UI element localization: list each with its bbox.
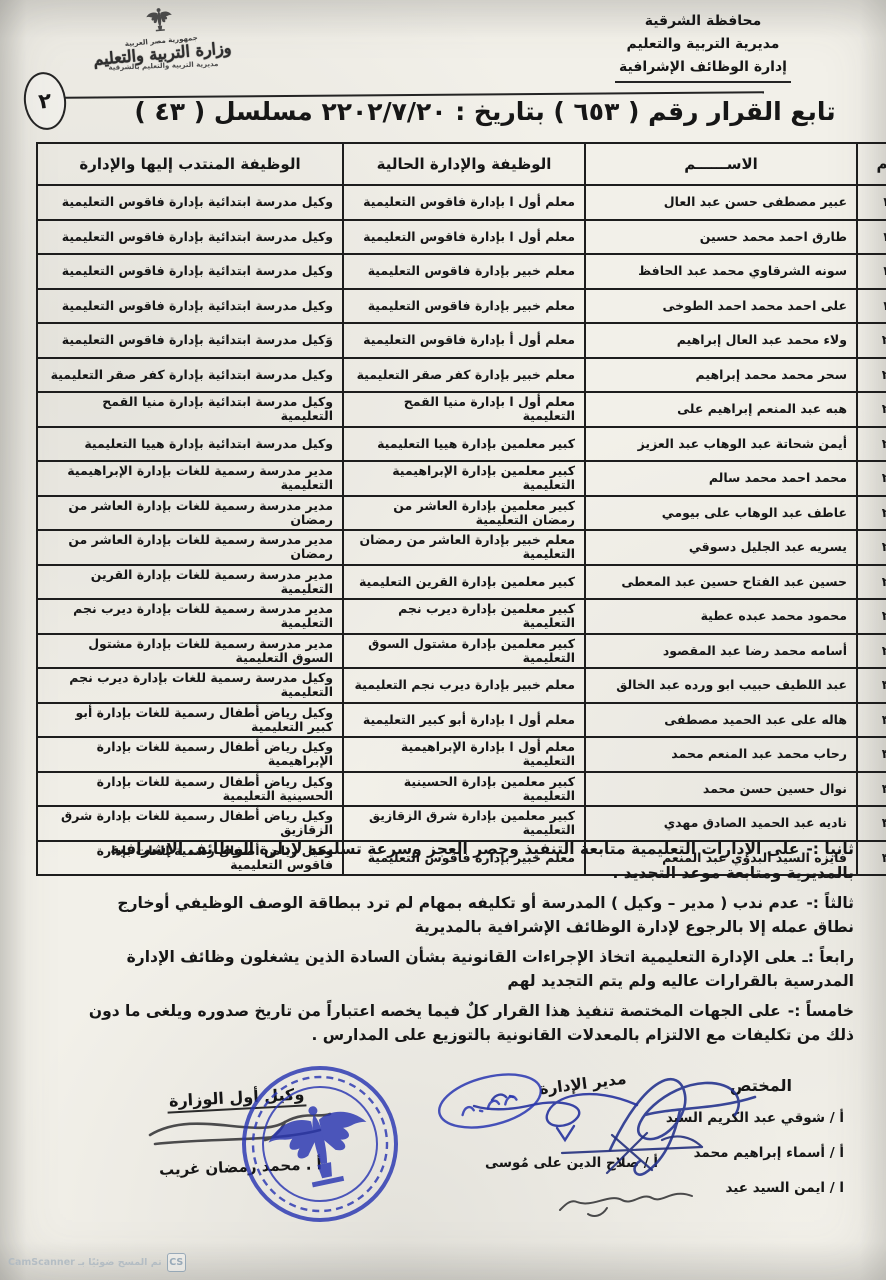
- table-row: ٢٩أسامه محمد رضا عبد المقصودكبير معلمين …: [37, 634, 886, 669]
- table-row: ٢٣أيمن شحاتة عبد الوهاب عبد العزيزكبير م…: [37, 427, 886, 462]
- table-row: ١٩على احمد محمد احمد الطوخىمعلم خبير بإد…: [37, 289, 886, 324]
- table-row: ٢١سحر محمد محمد إبراهيممعلم خبير بإدارة …: [37, 358, 886, 393]
- cell-destination: وكيل رياض أطفال رسمية للغات بإدارة شرق ا…: [37, 806, 343, 841]
- letterhead: محافظة الشرقية مديرية التربية والتعليم إ…: [608, 10, 798, 83]
- cell-destination: وَكيل مدرسة ابتدائية بإدارة فاقوس التعلي…: [37, 323, 343, 358]
- cell-current: معلم أول ا بإدارة الإبراهيمية التعليمية: [343, 737, 585, 772]
- cell-current: معلم أول ا بإدارة أبو كبير التعليمية: [343, 703, 585, 738]
- cell-destination: مدير مدرسة رسمية للغات بإدارة ديرب نجم ا…: [37, 599, 343, 634]
- cell-no: ٣٢: [857, 737, 886, 772]
- camscanner-logo-icon: CS: [167, 1253, 186, 1272]
- cell-destination: وكيل مدرسة ابتدائية بإدارة هييا التعليمي…: [37, 427, 343, 462]
- cell-no: ٢٤: [857, 461, 886, 496]
- table-row: ٢٧حسين عبد الفتاح حسين عبد المعطىكبير مع…: [37, 565, 886, 600]
- col-header-current-job: الوظيفة والإدارة الحالية: [343, 143, 585, 185]
- table-row: ٢٢هبه عبد المنعم إبراهيم علىمعلم أول ا ب…: [37, 392, 886, 427]
- note-label: ثانيا :-: [806, 840, 854, 858]
- cell-no: ٢٨: [857, 599, 886, 634]
- cell-destination: وكيل رياض أطفال رسمية للغات بإدارة الحسي…: [37, 772, 343, 807]
- cell-destination: وكيل مدرسة ابتدائية بإدارة كفر صقر التعل…: [37, 358, 343, 393]
- note-item: ثانيا :-على الإدارات التعليمية متابعة ال…: [28, 838, 854, 885]
- cell-no: ٢٢: [857, 392, 886, 427]
- cell-current: معلم أول ا بإدارة فاقوس التعليمية: [343, 185, 585, 220]
- cell-name: يسريه عبد الجليل دسوقي: [585, 530, 857, 565]
- cell-destination: مدير مدرسة رسمية للغات بإدارة القرين الت…: [37, 565, 343, 600]
- cell-current: معلم أول ا بإدارة فاقوس التعليمية: [343, 220, 585, 255]
- cell-name: على احمد محمد احمد الطوخى: [585, 289, 857, 324]
- decision-table: م الاســــــم الوظيفة والإدارة الحالية ا…: [36, 142, 886, 876]
- cell-name: سونه الشرقاوي محمد عبد الحافظ: [585, 254, 857, 289]
- cell-no: ٢٦: [857, 530, 886, 565]
- table-row: ٣٣نوال حسين حسن محمدكبير معلمين بإدارة ا…: [37, 772, 886, 807]
- cell-destination: وكيل مدرسة ابتدائية بإدارة فاقوس التعليم…: [37, 220, 343, 255]
- cell-no: ٢٧: [857, 565, 886, 600]
- cell-current: معلم خبير بإدارة العاشر من رمضان التعليم…: [343, 530, 585, 565]
- note-item: ثالثاً :-عدم ندب ( مدير – وكيل ) المدرسة…: [28, 892, 854, 939]
- cell-destination: وكيل مدرسة رسمية للغات بإدارة ديرب نجم ا…: [37, 668, 343, 703]
- cell-name: ولاء محمد عبد العال إبراهيم: [585, 323, 857, 358]
- cell-no: ٣٥: [857, 841, 886, 876]
- cell-name: هاله على عبد الحميد مصطفى: [585, 703, 857, 738]
- letterhead-directorate: مديرية التربية والتعليم: [608, 33, 798, 56]
- cell-name: عبير مصطفى حسن عبد العال: [585, 185, 857, 220]
- cell-current: كبير معلمين بإدارة ديرب نجم التعليمية: [343, 599, 585, 634]
- cell-current: كبير معلمين بإدارة القرين التعليمية: [343, 565, 585, 600]
- cell-no: ٣١: [857, 703, 886, 738]
- cell-current: معلم أول أ بإدارة فاقوس التعليمية: [343, 323, 585, 358]
- cell-name: حسين عبد الفتاح حسين عبد المعطى: [585, 565, 857, 600]
- col-header-destination: الوظيفة المنتدب إليها والإدارة: [37, 143, 343, 185]
- note-item: خامساً :-على الجهات المختصة تنفيذ هذا ال…: [28, 1000, 854, 1047]
- note-label: رابعاً :ـ: [802, 948, 854, 966]
- col-header-name: الاســــــم: [585, 143, 857, 185]
- cell-current: معلم خبير بإدارة فاقوس التعليمية: [343, 254, 585, 289]
- cell-current: كبير معلمين بإدارة مشتول السوق التعليمية: [343, 634, 585, 669]
- cell-no: ٣٤: [857, 806, 886, 841]
- cell-current: كبير معلمين بإدارة شرق الزقازيق التعليمي…: [343, 806, 585, 841]
- official-round-stamp-eagle-icon: [216, 1040, 425, 1249]
- table-row: ٣٤ناديه عبد الحميد الصادق مهديكبير معلمي…: [37, 806, 886, 841]
- cell-destination: وكيل مدرسة ابتدائية بإدارة منيا القمح ال…: [37, 392, 343, 427]
- cell-name: عاطف عبد الوهاب على بيومي: [585, 496, 857, 531]
- cell-name: محمود محمد عبده عطية: [585, 599, 857, 634]
- cell-current: معلم خبير بإدارة فاقوس التعليمية: [343, 289, 585, 324]
- cell-current: معلم أول ا بإدارة منيا القمح التعليمية: [343, 392, 585, 427]
- cell-no: ٢٥: [857, 496, 886, 531]
- table-row: ٣٢رحاب محمد عبد المنعم محمدمعلم أول ا بإ…: [37, 737, 886, 772]
- cell-no: ١٨: [857, 254, 886, 289]
- col-header-no: م: [857, 143, 886, 185]
- cell-current: كبير معلمين بإدارة هييا التعليمية: [343, 427, 585, 462]
- letterhead-governorate: محافظة الشرقية: [608, 10, 798, 33]
- decision-table-body: ١٦عبير مصطفى حسن عبد العالمعلم أول ا بإد…: [37, 185, 886, 875]
- cell-name: طارق احمد محمد حسين: [585, 220, 857, 255]
- cell-destination: وكيل مدرسة ابتدائية بإدارة فاقوس التعليم…: [37, 254, 343, 289]
- cell-current: معلم خبير بإدارة ديرب نجم التعليمية: [343, 668, 585, 703]
- table-header-row: م الاســــــم الوظيفة والإدارة الحالية ا…: [37, 143, 886, 185]
- cell-name: ناديه عبد الحميد الصادق مهدي: [585, 806, 857, 841]
- table-row: ١٨سونه الشرقاوي محمد عبد الحافظمعلم خبير…: [37, 254, 886, 289]
- cell-name: أسامه محمد رضا عبد المقصود: [585, 634, 857, 669]
- signature-ayman-scrawl: [552, 1178, 702, 1226]
- cell-destination: وكيل مدرسة ابتدائية بإدارة فاقوس التعليم…: [37, 185, 343, 220]
- table-row: ٢٥عاطف عبد الوهاب على بيوميكبير معلمين ب…: [37, 496, 886, 531]
- cell-destination: مدير مدرسة رسمية للغات بإدارة العاشر من …: [37, 496, 343, 531]
- eagle-icon: [143, 5, 175, 34]
- table-row: ٢٨محمود محمد عبده عطيةكبير معلمين بإدارة…: [37, 599, 886, 634]
- cell-no: ٢٣: [857, 427, 886, 462]
- table-row: ٢٠ولاء محمد عبد العال إبراهيممعلم أول أ …: [37, 323, 886, 358]
- cell-current: كبير معلمين بإدارة الحسينية التعليمية: [343, 772, 585, 807]
- letterhead-administration: إدارة الوظائف الإشرافية: [615, 56, 791, 83]
- cell-name: محمد احمد محمد سالم: [585, 461, 857, 496]
- cell-name: سحر محمد محمد إبراهيم: [585, 358, 857, 393]
- cell-no: ١٩: [857, 289, 886, 324]
- cell-current: كبير معلمين بإدارة الإبراهيمية التعليمية: [343, 461, 585, 496]
- camscanner-watermark: CS تم المسح ضوئيًا بـ CamScanner: [8, 1253, 186, 1272]
- scanned-document-page: جمهورية مصر العربية وزارة التربية والتعل…: [0, 0, 886, 1280]
- note-label: خامساً :-: [788, 1002, 854, 1020]
- note-text: على الإدارة التعليمية اتخاذ الإجراءات ال…: [127, 948, 854, 990]
- table-row: ٢٤محمد احمد محمد سالمكبير معلمين بإدارة …: [37, 461, 886, 496]
- cell-no: ٣٠: [857, 668, 886, 703]
- cell-destination: وكيل مدرسة ابتدائية بإدارة فاقوس التعليم…: [37, 289, 343, 324]
- table-row: ١٦عبير مصطفى حسن عبد العالمعلم أول ا بإد…: [37, 185, 886, 220]
- note-text: على الإدارات التعليمية متابعة التنفيذ وح…: [110, 840, 854, 882]
- cell-destination: مدير مدرسة رسمية للغات بإدارة العاشر من …: [37, 530, 343, 565]
- cell-destination: مدير مدرسة رسمية للغات بإدارة مشتول السو…: [37, 634, 343, 669]
- cell-name: عبد اللطيف حبيب ابو ورده عبد الخالق: [585, 668, 857, 703]
- cell-no: ١٦: [857, 185, 886, 220]
- cell-no: ٢٠: [857, 323, 886, 358]
- note-item: رابعاً :ـعلى الإدارة التعليمية اتخاذ الإ…: [28, 946, 854, 993]
- cell-current: كبير معلمين بإدارة العاشر من رمضان التعل…: [343, 496, 585, 531]
- note-text: عدم ندب ( مدير – وكيل ) المدرسة أو تكليف…: [117, 894, 854, 936]
- camscanner-text: تم المسح ضوئيًا بـ CamScanner: [8, 1257, 162, 1268]
- cell-name: رحاب محمد عبد المنعم محمد: [585, 737, 857, 772]
- table-row: ١٧طارق احمد محمد حسينمعلم أول ا بإدارة ف…: [37, 220, 886, 255]
- cell-destination: مدير مدرسة رسمية للغات بإدارة الإبراهيمي…: [37, 461, 343, 496]
- cell-destination: وكيل رياض أطفال رسمية للغات بإدارة الإبر…: [37, 737, 343, 772]
- note-text: على الجهات المختصة تنفيذ هذا القرار كلٌ …: [89, 1002, 854, 1044]
- cell-current: معلم خبير بإدارة كفر صقر التعليمية: [343, 358, 585, 393]
- cell-name: أيمن شحاتة عبد الوهاب عبد العزيز: [585, 427, 857, 462]
- cell-destination: وكيل رياض أطفال رسمية للغات بإدارة أبو ك…: [37, 703, 343, 738]
- table-row: ٢٦يسريه عبد الجليل دسوقيمعلم خبير بإدارة…: [37, 530, 886, 565]
- notes-list: ثانيا :-على الإدارات التعليمية متابعة ال…: [28, 838, 854, 1054]
- cell-no: ٣٣: [857, 772, 886, 807]
- table-row: ٣١هاله على عبد الحميد مصطفىمعلم أول ا بإ…: [37, 703, 886, 738]
- cell-no: ٢٩: [857, 634, 886, 669]
- decision-title: تابع القرار رقم ( ٦٥٣ ) بتاريخ : ٢٢٠٢/٧/…: [110, 97, 860, 126]
- cell-no: ٢١: [857, 358, 886, 393]
- page-number-circle: ٢: [21, 70, 70, 133]
- note-label: ثالثاً :-: [806, 894, 854, 912]
- ministry-logo: جمهورية مصر العربية وزارة التربية والتعل…: [83, 0, 238, 76]
- table-row: ٣٠عبد اللطيف حبيب ابو ورده عبد الخالقمعل…: [37, 668, 886, 703]
- cell-name: هبه عبد المنعم إبراهيم على: [585, 392, 857, 427]
- cell-no: ١٧: [857, 220, 886, 255]
- cell-name: نوال حسين حسن محمد: [585, 772, 857, 807]
